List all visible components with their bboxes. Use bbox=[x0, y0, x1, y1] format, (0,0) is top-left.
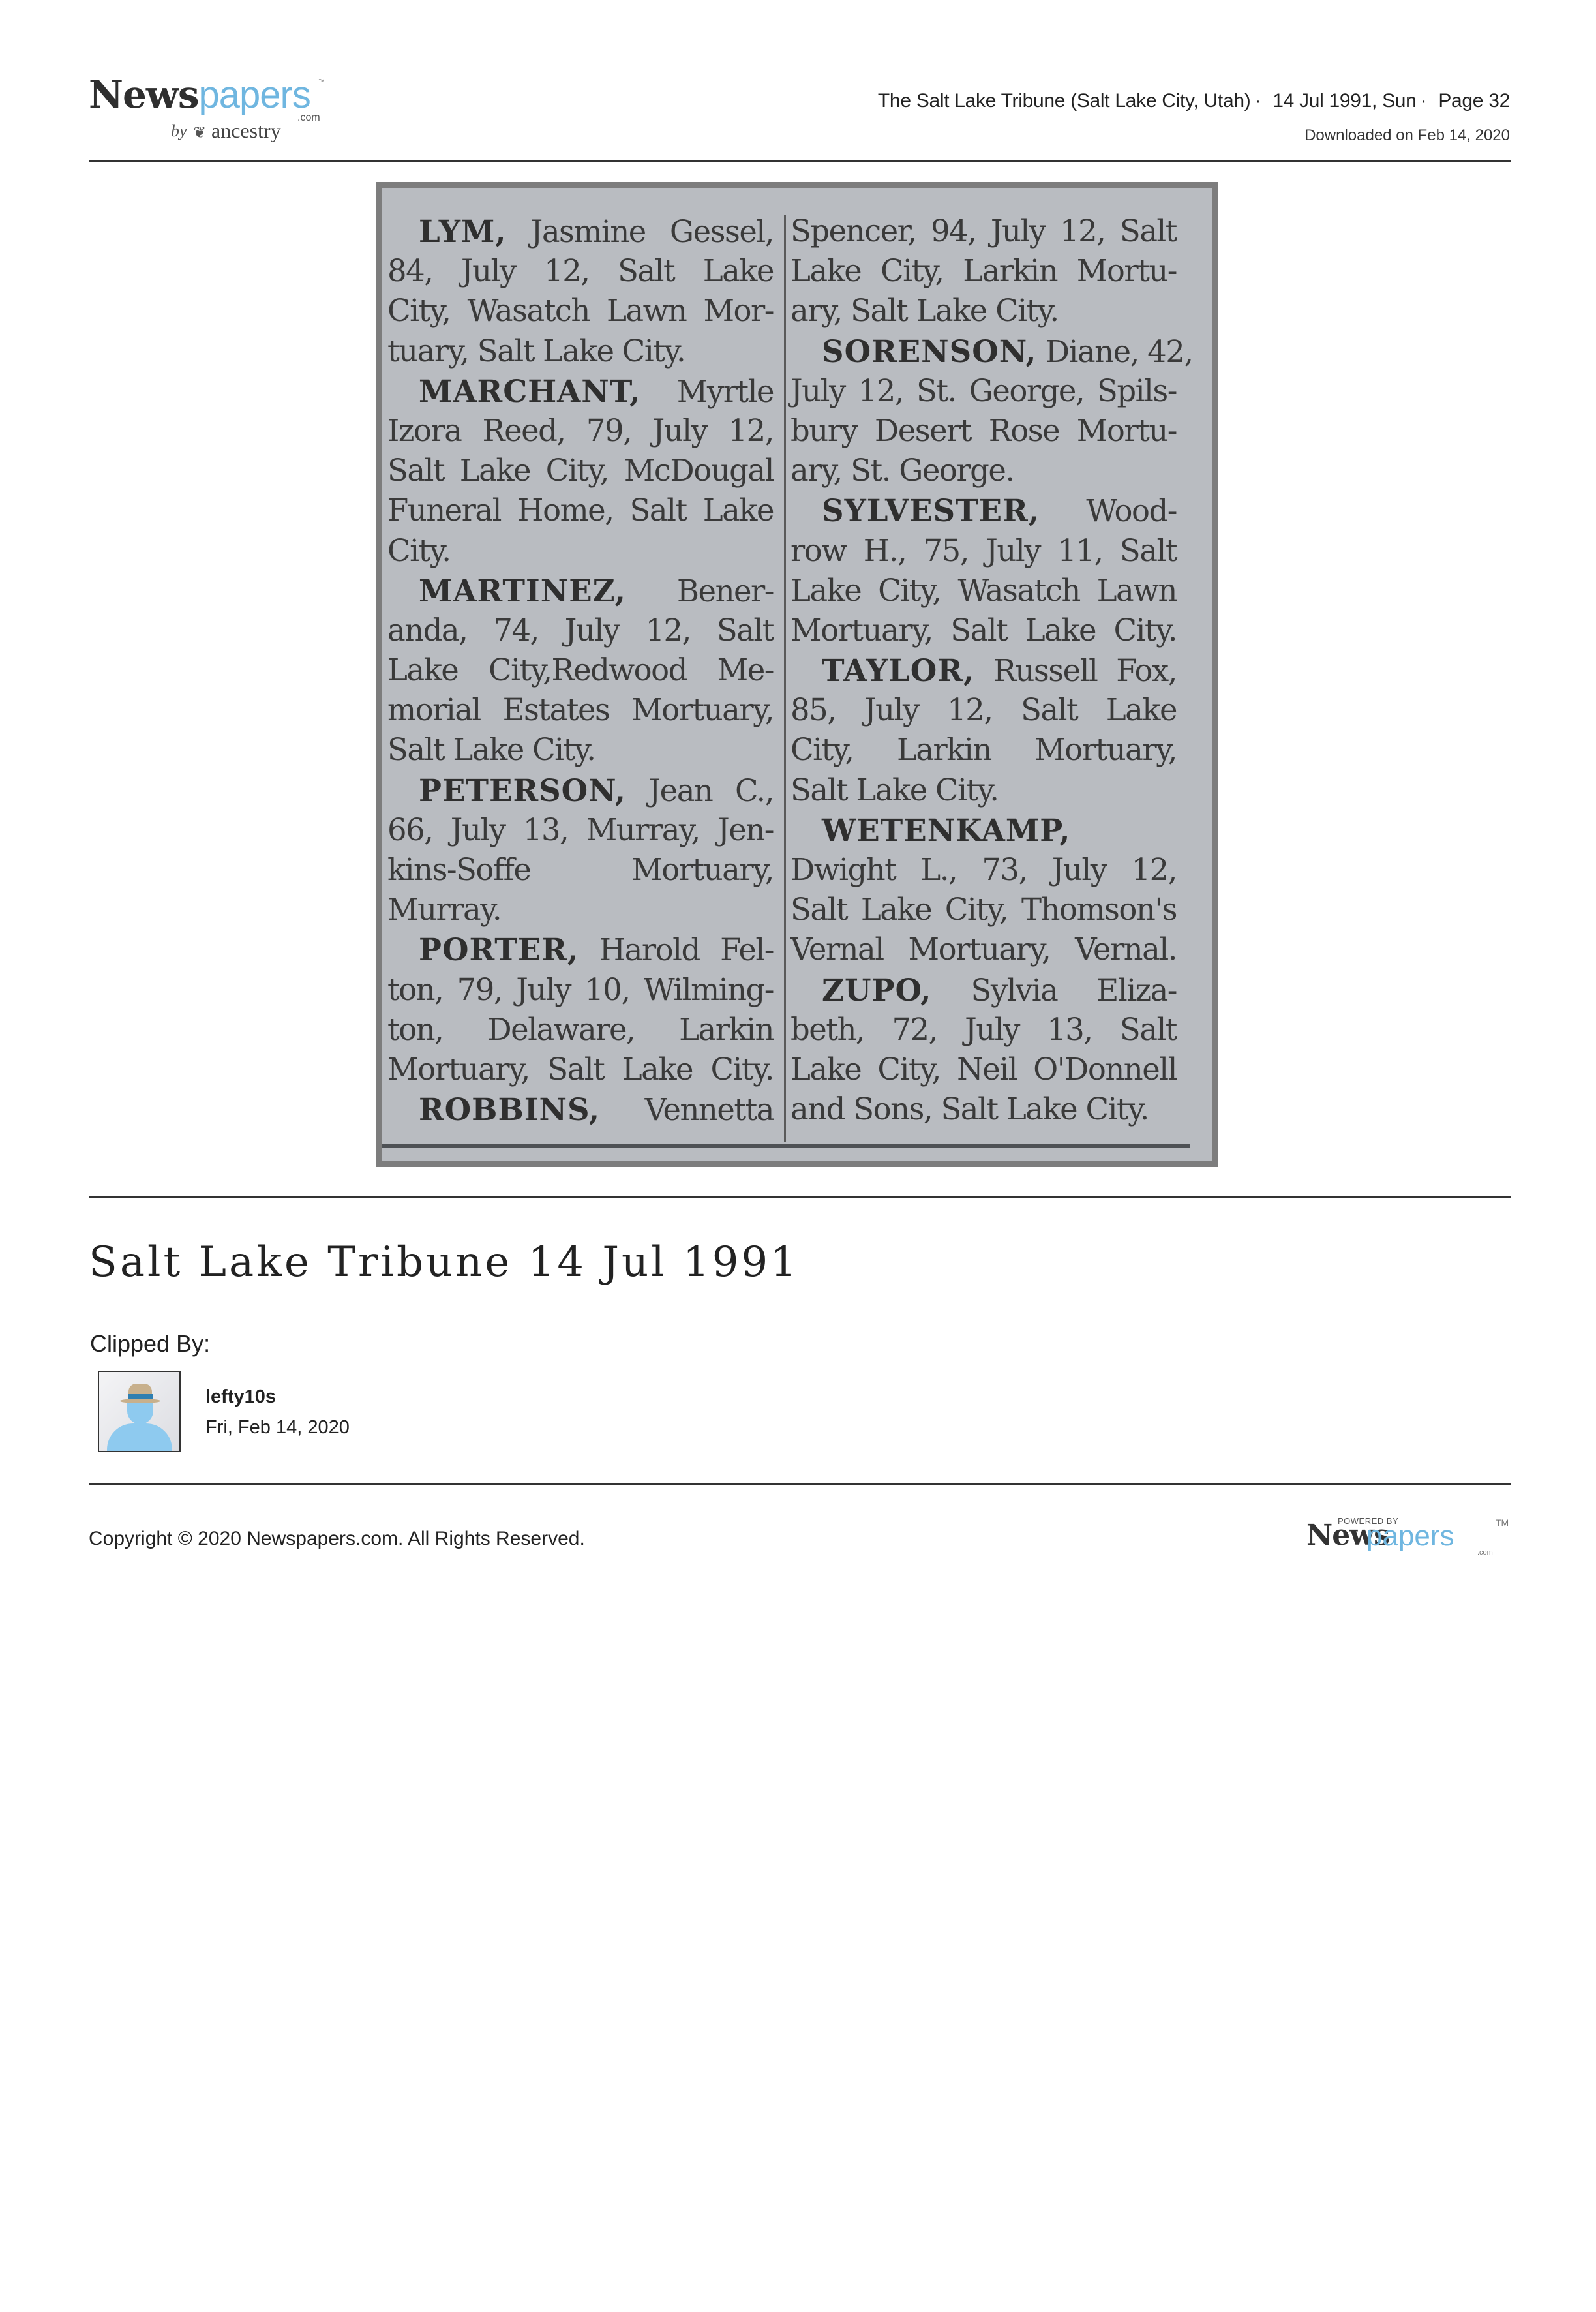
obituary-line: Funeral Home, Salt Lake bbox=[387, 491, 774, 530]
obituary-line: Lake City,Redwood Me- bbox=[387, 650, 774, 690]
obituary-entry-start: MARTINEZ, Bener- bbox=[387, 571, 774, 611]
obituary-line: Salt Lake City, McDougal bbox=[387, 451, 774, 491]
obituary-text: Diane, 42, bbox=[1036, 334, 1192, 369]
clipping-title: Salt Lake Tribune 14 Jul 1991 bbox=[89, 1238, 800, 1286]
downloaded-date: Downloaded on Feb 14, 2020 bbox=[878, 127, 1510, 145]
newspaper-clipping: LYM, Jasmine Gessel,84, July 12, Salt La… bbox=[376, 182, 1218, 1167]
logo-dotcom: .com bbox=[297, 112, 320, 124]
logo-ancestry: ❦ancestry bbox=[193, 119, 281, 143]
obituary-text: Harold Fel- bbox=[579, 932, 774, 967]
page-number: Page 32 bbox=[1438, 90, 1510, 112]
obituary-line: and Sons, Salt Lake City. bbox=[790, 1089, 1177, 1129]
obituary-text: Lake City, Neil O'Donnell bbox=[790, 1052, 1177, 1087]
obituary-text: City, Larkin Mortuary, bbox=[790, 732, 1177, 767]
obituary-line: Izora Reed, 79, July 12, bbox=[387, 411, 774, 451]
obituary-line: Spencer, 94, July 12, Salt bbox=[790, 211, 1177, 251]
obituary-text: Mortuary, Salt Lake City. bbox=[387, 1052, 774, 1087]
obituary-text: ary, Salt Lake City. bbox=[790, 293, 1059, 328]
decedent-surname: PORTER, bbox=[419, 932, 579, 967]
obituary-text: bury Desert Rose Mortu- bbox=[790, 413, 1177, 448]
obituary-entry-start: PORTER, Harold Fel- bbox=[387, 930, 774, 969]
obituary-text: City. bbox=[387, 533, 451, 568]
obituary-line: City, Larkin Mortuary, bbox=[790, 730, 1177, 770]
obituary-text: Mortuary, Salt Lake City. bbox=[790, 613, 1177, 648]
obituary-text: City, Wasatch Lawn Mor- bbox=[387, 293, 774, 328]
clipping-bottom-rule bbox=[382, 1144, 1190, 1148]
decedent-surname: MARTINEZ, bbox=[419, 573, 626, 609]
obituary-text: Jasmine Gessel, bbox=[507, 214, 774, 249]
obituary-text: Jean C., bbox=[626, 773, 774, 808]
avatar-body bbox=[107, 1423, 172, 1451]
obituary-text: and Sons, Salt Lake City. bbox=[790, 1091, 1149, 1127]
decedent-surname: TAYLOR, bbox=[822, 652, 974, 688]
obituary-line: City, Wasatch Lawn Mor- bbox=[387, 291, 774, 331]
obituary-line: Lake City, Neil O'Donnell bbox=[790, 1050, 1177, 1089]
obituary-text: beth, 72, July 13, Salt bbox=[790, 1012, 1177, 1047]
page-meta: The Salt Lake Tribune (Salt Lake City, U… bbox=[878, 90, 1510, 145]
obituary-text: ary, St. George. bbox=[790, 453, 1014, 488]
obituary-text: Lake City, Larkin Mortu- bbox=[790, 253, 1177, 288]
powered-logo-trademark: TM bbox=[1496, 1517, 1509, 1528]
obituary-text: kins-Soffe Mortuary, bbox=[387, 852, 774, 887]
powered-logo-dotcom: .com bbox=[1477, 1549, 1493, 1557]
obituary-text: ton, 79, July 10, Wilming- bbox=[387, 972, 774, 1007]
obituary-text: Vernal Mortuary, Vernal. bbox=[790, 932, 1177, 967]
obituary-text: Wood- bbox=[1040, 493, 1177, 528]
obituary-entry-start: WETENKAMP, bbox=[790, 810, 1177, 850]
obituary-line: ary, St. George. bbox=[790, 451, 1177, 491]
obituary-line: ton, Delaware, Larkin bbox=[387, 1010, 774, 1050]
obituary-line: Lake City, Wasatch Lawn bbox=[790, 571, 1177, 611]
obituary-text: Vennetta bbox=[600, 1092, 774, 1127]
obituary-text: Salt Lake City. bbox=[790, 772, 999, 808]
logo-trademark: ™ bbox=[318, 78, 325, 85]
obituary-text: tuary, Salt Lake City. bbox=[387, 333, 685, 369]
powered-logo-papers: papers bbox=[1366, 1520, 1454, 1553]
logo-wordmark: Newspapers bbox=[89, 73, 310, 117]
obituary-line: Mortuary, Salt Lake City. bbox=[790, 611, 1177, 650]
decedent-surname: MARCHANT, bbox=[419, 373, 640, 409]
obituary-text: Bener- bbox=[626, 573, 774, 609]
publication-name: The Salt Lake Tribune (Salt Lake City, U… bbox=[878, 90, 1251, 112]
obituary-line: beth, 72, July 13, Salt bbox=[790, 1010, 1177, 1050]
obituary-line: City. bbox=[387, 531, 774, 571]
obituary-text: 85, July 12, Salt Lake bbox=[790, 692, 1177, 727]
logo-by: by bbox=[171, 121, 187, 141]
decedent-surname: ROBBINS, bbox=[419, 1091, 600, 1127]
separator: · bbox=[1417, 90, 1434, 112]
decedent-surname: WETENKAMP, bbox=[822, 812, 1070, 848]
clipper-username[interactable]: lefty10s bbox=[205, 1386, 276, 1408]
obituary-line: Lake City, Larkin Mortu- bbox=[790, 251, 1177, 291]
obituary-column-left: LYM, Jasmine Gessel,84, July 12, Salt La… bbox=[387, 211, 774, 1129]
obituary-text: Lake City, Wasatch Lawn bbox=[790, 573, 1177, 608]
obituary-line: bury Desert Rose Mortu- bbox=[790, 411, 1177, 451]
obituary-text: Funeral Home, Salt Lake bbox=[387, 493, 774, 528]
clip-date: Fri, Feb 14, 2020 bbox=[205, 1417, 350, 1438]
publication-line: The Salt Lake Tribune (Salt Lake City, U… bbox=[878, 90, 1510, 112]
logo-papers: papers bbox=[199, 74, 310, 116]
obituary-text: Spencer, 94, July 12, Salt bbox=[790, 213, 1177, 249]
column-divider bbox=[784, 215, 786, 1142]
obituary-line: Dwight L., 73, July 12, bbox=[790, 850, 1177, 890]
decedent-surname: LYM, bbox=[419, 213, 507, 249]
obituary-entry-start: SYLVESTER, Wood- bbox=[790, 491, 1177, 530]
decedent-surname: SYLVESTER, bbox=[822, 493, 1040, 528]
clipping-divider bbox=[89, 1196, 1511, 1198]
avatar-hat-brim bbox=[120, 1399, 160, 1403]
obituary-line: Salt Lake City. bbox=[387, 730, 774, 770]
obituary-text: row H., 75, July 11, Salt bbox=[790, 533, 1177, 568]
obituary-entry-start: ZUPO, Sylvia Eliza- bbox=[790, 970, 1177, 1010]
obituary-text: ton, Delaware, Larkin bbox=[387, 1012, 774, 1047]
obituary-text: July 12, St. George, Spils- bbox=[790, 373, 1177, 408]
obituary-entry-start: MARCHANT, Myrtle bbox=[387, 371, 774, 411]
obituary-line: July 12, St. George, Spils- bbox=[790, 371, 1177, 411]
obituary-entry-start: PETERSON, Jean C., bbox=[387, 770, 774, 810]
obituary-text: Russell Fox, bbox=[974, 653, 1177, 688]
footer-divider bbox=[89, 1483, 1511, 1485]
obituary-text: morial Estates Mortuary, bbox=[387, 692, 774, 727]
logo-news: News bbox=[89, 72, 199, 117]
obituary-line: Salt Lake City, Thomson's bbox=[790, 890, 1177, 930]
obituary-entry-start: TAYLOR, Russell Fox, bbox=[790, 650, 1177, 690]
obituary-line: Murray. bbox=[387, 890, 774, 930]
obituary-line: 66, July 13, Murray, Jen- bbox=[387, 810, 774, 850]
obituary-line: tuary, Salt Lake City. bbox=[387, 331, 774, 371]
ancestry-leaf-icon: ❦ bbox=[193, 123, 211, 142]
obituary-column-right: Spencer, 94, July 12, SaltLake City, Lar… bbox=[790, 211, 1177, 1129]
obituary-text: Salt Lake City. bbox=[387, 732, 595, 767]
obituary-text: Salt Lake City, Thomson's bbox=[790, 892, 1177, 927]
obituary-entry-start: ROBBINS, Vennetta bbox=[387, 1089, 774, 1129]
publication-date: 14 Jul 1991, Sun bbox=[1272, 90, 1416, 112]
clipped-by-label: Clipped By: bbox=[90, 1330, 210, 1358]
obituary-text: 66, July 13, Murray, Jen- bbox=[387, 812, 774, 847]
copyright-notice: Copyright © 2020 Newspapers.com. All Rig… bbox=[89, 1528, 585, 1550]
obituary-entry-start: SORENSON, Diane, 42, bbox=[790, 331, 1177, 371]
obituary-text: Murray. bbox=[387, 892, 501, 927]
obituary-text: Myrtle bbox=[640, 374, 774, 409]
clipping-newsprint: LYM, Jasmine Gessel,84, July 12, Salt La… bbox=[382, 188, 1212, 1161]
obituary-line: 85, July 12, Salt Lake bbox=[790, 690, 1177, 730]
obituary-line: row H., 75, July 11, Salt bbox=[790, 531, 1177, 571]
obituary-line: morial Estates Mortuary, bbox=[387, 690, 774, 730]
obituary-text: anda, 74, July 12, Salt bbox=[387, 613, 774, 648]
obituary-text: 84, July 12, Salt Lake bbox=[387, 253, 774, 288]
obituary-entry-start: LYM, Jasmine Gessel, bbox=[387, 211, 774, 251]
obituary-line: Mortuary, Salt Lake City. bbox=[387, 1050, 774, 1089]
separator: · bbox=[1250, 90, 1267, 112]
obituary-line: kins-Soffe Mortuary, bbox=[387, 850, 774, 890]
user-avatar-icon[interactable] bbox=[98, 1371, 181, 1452]
obituary-text: Lake City,Redwood Me- bbox=[387, 652, 774, 688]
header-divider bbox=[89, 160, 1511, 162]
powered-by-newspapers-logo[interactable]: News POWERED BY papers TM .com bbox=[1306, 1515, 1515, 1560]
obituary-text: Salt Lake City, McDougal bbox=[387, 453, 774, 488]
obituary-line: Vernal Mortuary, Vernal. bbox=[790, 930, 1177, 969]
decedent-surname: PETERSON, bbox=[419, 772, 626, 808]
decedent-surname: SORENSON, bbox=[822, 333, 1036, 369]
obituary-text: Izora Reed, 79, July 12, bbox=[387, 413, 774, 448]
obituary-line: anda, 74, July 12, Salt bbox=[387, 611, 774, 650]
newspapers-by-ancestry-logo[interactable]: Newspapers ™ .com by ❦ancestry bbox=[89, 73, 324, 145]
obituary-text: Sylvia Eliza- bbox=[931, 973, 1177, 1008]
logo-ancestry-text: ancestry bbox=[211, 119, 281, 142]
obituary-line: Salt Lake City. bbox=[790, 770, 1177, 810]
obituary-text: Dwight L., 73, July 12, bbox=[790, 852, 1177, 887]
decedent-surname: ZUPO, bbox=[822, 972, 931, 1008]
obituary-line: 84, July 12, Salt Lake bbox=[387, 251, 774, 291]
obituary-line: ary, Salt Lake City. bbox=[790, 291, 1177, 331]
obituary-line: ton, 79, July 10, Wilming- bbox=[387, 970, 774, 1010]
